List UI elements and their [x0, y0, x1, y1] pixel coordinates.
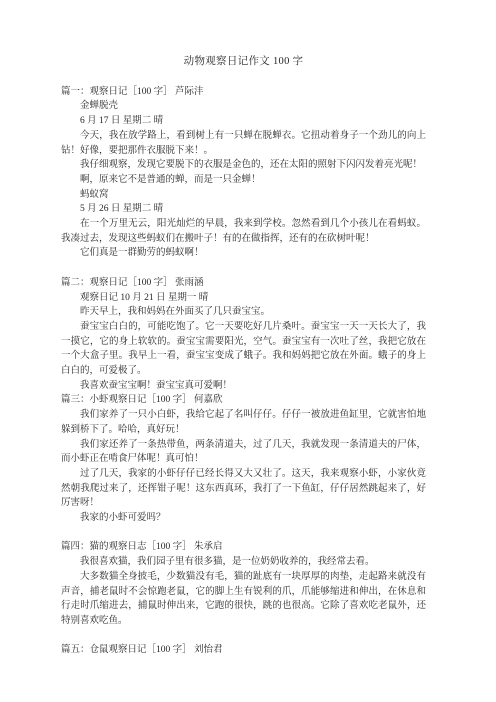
- section-2-heading: 篇二：观察日记［100 字］ 张雨涵: [61, 276, 426, 291]
- paragraph: 我家的小虾可爱吗？: [61, 511, 426, 526]
- paragraph: 它们真是一群勤劳的蚂蚁啊！: [61, 246, 426, 261]
- paragraph: 观察日记 10 月 21 日 星期一 晴: [61, 291, 426, 306]
- paragraph: 我很喜欢猫，我们园子里有很多猫，是一位奶奶收养的，我经常去看。: [61, 555, 426, 570]
- paragraph: 啊，原来它不是普通的蝉，而是一只金蝉！: [61, 173, 426, 188]
- paragraph: 金蝉脱壳: [61, 99, 426, 114]
- paragraph: 我仔细观察，发现它要脱下的衣服是金色的，还在太阳的照射下闪闪发着亮光呢！: [61, 158, 426, 173]
- paragraph: 今天，我在放学路上，看到树上有一只蝉在脱蝉衣。它扭动着身子一个劲儿的向上钻！好像…: [61, 129, 426, 158]
- document-page: 动物观察日记作文 100 字 篇一：观察日记［100 字］ 芦际沣 金蝉脱壳 6…: [0, 0, 496, 702]
- paragraph: 我们家还养了一条热带鱼，两条清道夫，过了几天，我就发现一条清道夫的尸体，而小虾正…: [61, 438, 426, 467]
- paragraph: 过了几天，我家的小虾仔仔已经长得又大又壮了。这天，我来观察小虾，小家伙竟然朝我爬…: [61, 467, 426, 511]
- paragraph: 蚂蚁窝: [61, 188, 426, 203]
- paragraph: 6 月 17 日 星期二 晴: [61, 114, 426, 129]
- paragraph: 我喜欢蚕宝宝啊！蚕宝宝真可爱啊！: [61, 379, 426, 394]
- section-3-heading: 篇三：小虾观察日记［100 字］ 何嘉欣: [61, 393, 426, 408]
- document-title: 动物观察日记作文 100 字: [61, 55, 426, 70]
- section-4-heading: 篇四：猫的观察日志［100 字］ 朱承启: [61, 540, 426, 555]
- paragraph: 在一个万里无云，阳光灿烂的早晨，我来到学校。忽然看到几个小孩儿在看蚂蚁。我凑过去…: [61, 217, 426, 246]
- paragraph: 大多数猫全身披毛，少数猫没有毛，猫的趾底有一块厚厚的肉垫，走起路来就没有声音，捕…: [61, 570, 426, 629]
- paragraph: 蚕宝宝白白的，可能吃饱了。它一天要吃好几片桑叶。蚕宝宝一天一天长大了，我一摸它，…: [61, 320, 426, 379]
- section-5-heading: 篇五：仓鼠观察日记［100 字］ 刘怡君: [61, 643, 426, 658]
- section-1-heading: 篇一：观察日记［100 字］ 芦际沣: [61, 85, 426, 100]
- paragraph: 昨天早上，我和妈妈在外面买了几只蚕宝宝。: [61, 305, 426, 320]
- paragraph: 5 月 26 日 星期二 晴: [61, 202, 426, 217]
- paragraph: 我们家养了一只小白虾，我给它起了名叫仔仔。仔仔一被放进鱼缸里，它就害怕地躲到桥下…: [61, 408, 426, 437]
